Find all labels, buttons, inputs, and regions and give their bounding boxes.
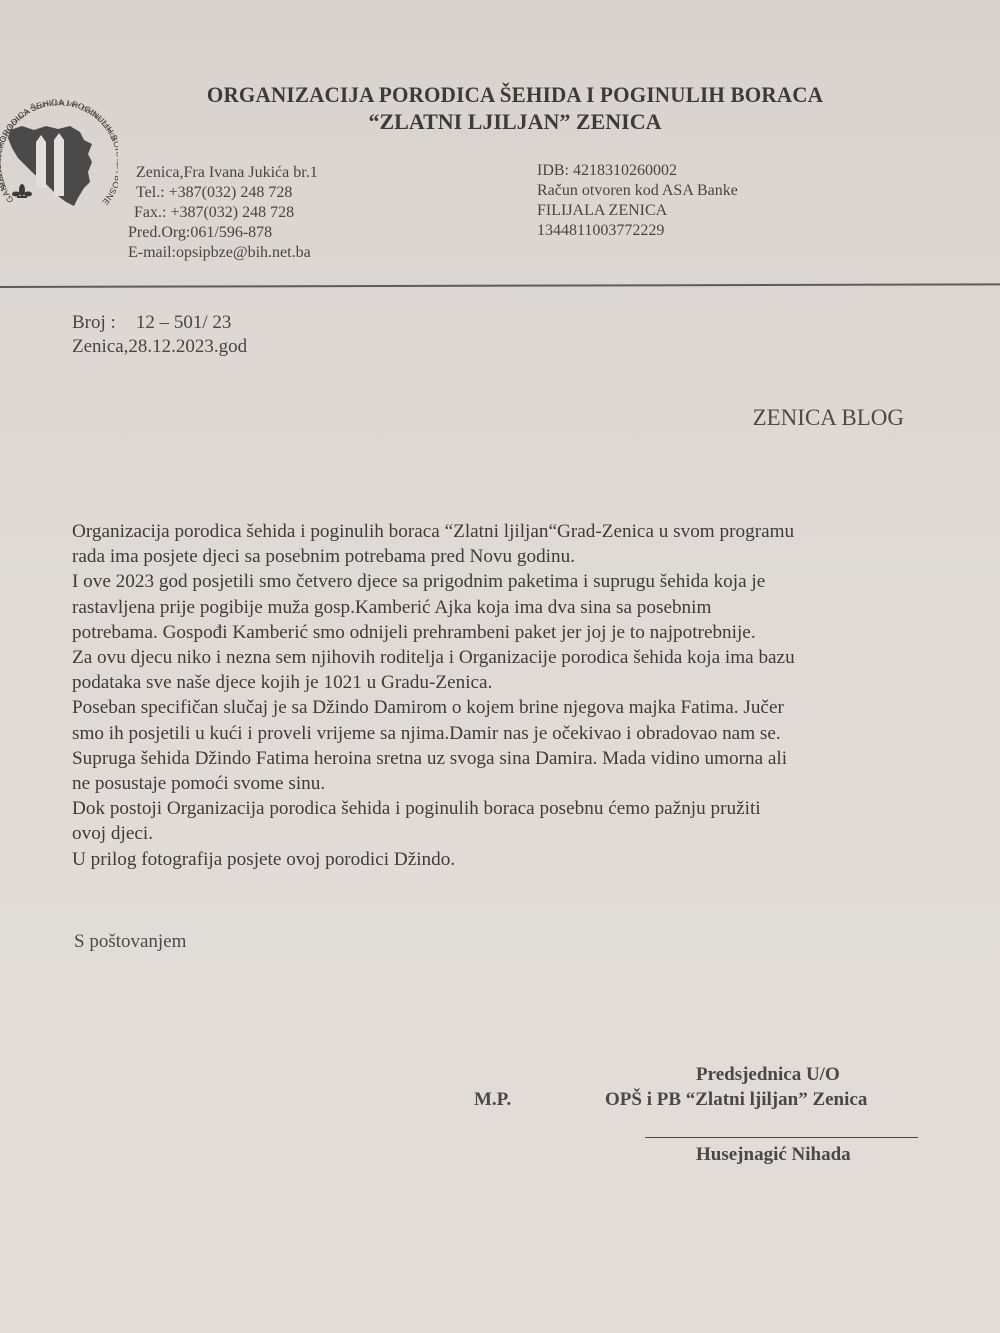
bank-branch: FILIJALA ZENICA [537,201,738,221]
body-line: rastavljena prije pogibije muža gosp.Kam… [72,595,932,620]
bank-account-number: 1344811003772229 [537,221,738,241]
body-line: Dok postoji Organizacija porodica šehida… [72,796,932,821]
body-line: podataka sve naše djece kojih je 1021 u … [72,670,932,695]
contact-info-right: IDB: 4218310260002 Račun otvoren kod ASA… [537,161,738,241]
signatory-name: Husejnagić Nihada [696,1144,851,1166]
reference-number: 12 – 501/ 23 [136,312,232,333]
body-line: smo ih posjetili u kući i proveli vrijem… [72,721,932,746]
letter-body: Organizacija porodica šehida i poginulih… [72,519,932,872]
closing-salutation: S poštovanjem [74,931,186,953]
email: E-mail:opsipbze@bih.net.ba [128,243,318,263]
reference-number-row: Broj :12 – 501/ 23 [72,311,247,335]
body-line: ovoj djeci. [72,821,932,846]
body-line: Poseban specifičan slučaj je sa Džindo D… [72,695,932,720]
body-line: I ove 2023 god posjetili smo četvero dje… [72,569,932,594]
place-date: Zenica,28.12.2023.god [72,335,247,359]
signatory-organization: OPŠ i PB “Zlatni ljiljan” Zenica [605,1089,867,1111]
bank-account-label: Račun otvoren kod ASA Banke [537,181,738,201]
body-line: Za ovu djecu niko i nezna sem njihovih r… [72,645,932,670]
body-line: U prilog fotografija posjete ovoj porodi… [72,847,932,872]
organization-subtitle: “ZLATNI LJILJAN” ZENICA [0,109,1000,135]
idb-number: IDB: 4218310260002 [537,161,738,181]
signature-line [645,1137,918,1138]
president-phone: Pred.Org:061/596-878 [128,223,318,243]
address: Zenica,Fra Ivana Jukića br.1 [128,163,318,183]
letterhead-divider [0,283,1000,288]
stamp-placeholder: M.P. [474,1089,511,1111]
body-line: potrebama. Gospođi Kamberić smo odnijeli… [72,620,932,645]
body-line: rada ima posjete djeci sa posebnim potre… [72,544,932,569]
fax: Fax.: +387(032) 248 728 [128,203,318,223]
telephone: Tel.: +387(032) 248 728 [128,183,318,203]
body-line: Supruga šehida Džindo Fatima heroina sre… [72,746,932,771]
contact-info-left: Zenica,Fra Ivana Jukića br.1 Tel.: +387(… [128,163,318,263]
body-line: ne posustaje pomoći svome sinu. [72,771,932,796]
signatory-title: Predsjednica U/O [696,1064,840,1086]
recipient: ZENICA BLOG [753,405,904,431]
reference-number-label: Broj : [72,312,116,333]
organization-title: ORGANIZACIJA PORODICA ŠEHIDA I POGINULIH… [21,82,1000,108]
reference-block: Broj :12 – 501/ 23 Zenica,28.12.2023.god [72,311,247,359]
body-line: Organizacija porodica šehida i poginulih… [72,519,932,544]
